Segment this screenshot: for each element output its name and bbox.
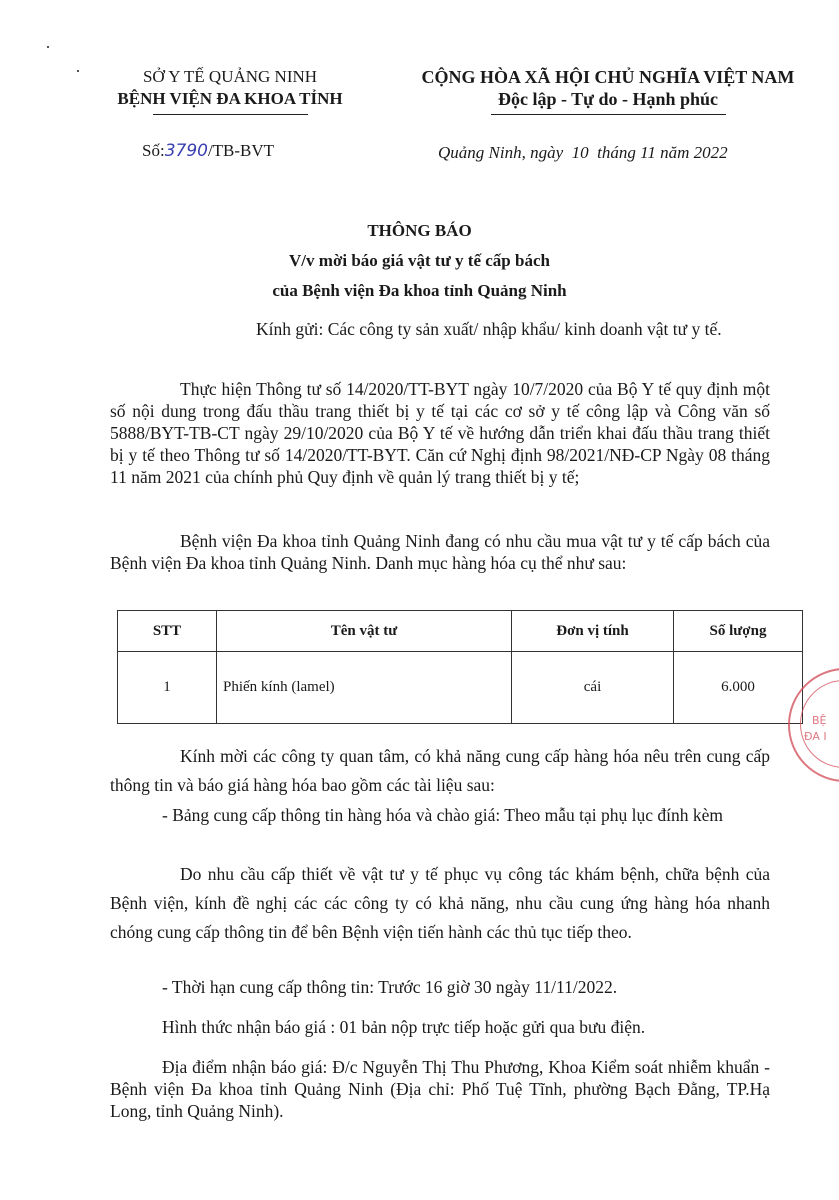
cell-stt: 1 (118, 652, 217, 724)
national-header-block: CỘNG HÒA XÃ HỘI CHỦ NGHĨA VIỆT NAM Độc l… (388, 66, 828, 115)
issuing-agency-block: SỞ Y TẾ QUẢNG NINH BỆNH VIỆN ĐA KHOA TỈN… (60, 66, 400, 115)
paragraph-urgency: Do nhu cầu cấp thiết về vật tư y tế phục… (110, 860, 770, 947)
table-row: 1 Phiến kính (lamel) cái 6.000 (118, 652, 803, 724)
col-header-unit: Đơn vị tính (512, 611, 674, 652)
paragraph-need: Bệnh viện Đa khoa tỉnh Quảng Ninh đang c… (110, 530, 770, 574)
col-header-item-name: Tên vật tư (217, 611, 512, 652)
document-type: THÔNG BÁO (0, 216, 839, 246)
country-name: CỘNG HÒA XÃ HỘI CHỦ NGHĨA VIỆT NAM (388, 66, 828, 88)
subject-line-2: của Bệnh viện Đa khoa tỉnh Quảng Ninh (0, 276, 839, 306)
national-motto: Độc lập - Tự do - Hạnh phúc (388, 88, 828, 110)
cell-unit: cái (512, 652, 674, 724)
agency-name: SỞ Y TẾ QUẢNG NINH (60, 66, 400, 88)
paragraph-submission-method: Hình thức nhận báo giá : 01 bản nộp trực… (110, 1016, 770, 1038)
items-table: STT Tên vật tư Đơn vị tính Số lượng 1 Ph… (117, 610, 803, 724)
number-suffix: /TB-BVT (208, 141, 274, 160)
table-header-row: STT Tên vật tư Đơn vị tính Số lượng (118, 611, 803, 652)
document-number: Số:3790/TB-BVT (142, 141, 274, 161)
paragraph-invitation: Kính mời các công ty quan tâm, có khả nă… (110, 742, 770, 800)
document-title-block: THÔNG BÁO V/v mời báo giá vật tư y tế cấ… (0, 216, 839, 306)
hospital-underline (153, 114, 308, 115)
recipient-line: Kính gửi: Các công ty sản xuất/ nhập khẩ… (256, 319, 722, 340)
place-date: Quảng Ninh, ngày 10 tháng 11 năm 2022 (438, 143, 728, 163)
paragraph-deadline: - Thời hạn cung cấp thông tin: Trước 16 … (110, 976, 770, 998)
number-prefix: Số: (142, 141, 165, 160)
col-header-quantity: Số lượng (674, 611, 803, 652)
paragraph-submission-address: Địa điểm nhận báo giá: Đ/c Nguyễn Thị Th… (110, 1056, 770, 1122)
cell-item-name: Phiến kính (lamel) (217, 652, 512, 724)
motto-underline (491, 114, 726, 115)
number-handwritten: 3790 (165, 141, 208, 161)
subject-line-1: V/v mời báo giá vật tư y tế cấp bách (0, 246, 839, 276)
paragraph-documents: - Bảng cung cấp thông tin hàng hóa và ch… (110, 801, 770, 830)
stamp-text-1: BỆ (812, 714, 827, 727)
scan-speck (47, 46, 49, 48)
hospital-name: BỆNH VIỆN ĐA KHOA TỈNH (60, 88, 400, 110)
cell-quantity: 6.000 (674, 652, 803, 724)
col-header-stt: STT (118, 611, 217, 652)
stamp-text-2: ĐA I (804, 730, 827, 743)
paragraph-legal-basis: Thực hiện Thông tư số 14/2020/TT-BYT ngà… (110, 378, 770, 488)
